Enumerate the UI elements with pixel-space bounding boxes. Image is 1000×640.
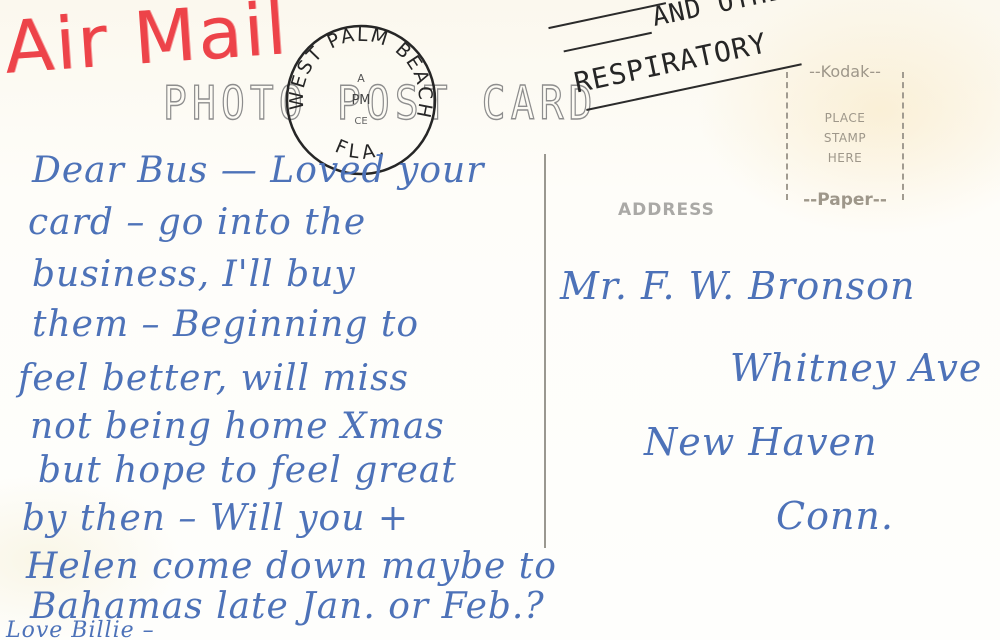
recipient-city: New Haven <box>644 420 878 464</box>
postmark-center-line-3: CE <box>354 116 367 127</box>
postmark-center-line-2: PM <box>351 93 370 108</box>
message-line: Dear Bus — Loved your <box>32 150 484 191</box>
message-line: feel better, will miss <box>18 358 409 399</box>
center-divider <box>544 154 546 548</box>
cancel-line <box>564 32 652 53</box>
slogan-line-2: RESPIRATORY <box>571 26 770 99</box>
message-line: them – Beginning to <box>32 304 419 345</box>
message-line: card – go into the <box>28 202 366 243</box>
recipient-street: Whitney Ave <box>730 346 982 390</box>
stamp-line-place: PLACE <box>786 108 904 128</box>
message-line: but hope to feel great <box>38 450 457 491</box>
stamp-line-stamp: STAMP <box>786 128 904 148</box>
message-line: Helen come down maybe to <box>26 546 557 587</box>
signature: Love Billie – <box>6 618 155 640</box>
address-label: ADDRESS <box>618 200 715 220</box>
postmark-center-line-1: A <box>357 72 365 85</box>
recipient-state: Conn. <box>776 494 894 538</box>
stamp-box-brand-top: --Kodak-- <box>786 62 904 81</box>
postcard-back: Air Mail PHOTO POST CARD WEST PALM BEACH… <box>0 0 1000 640</box>
slogan-line-1: AND OTHER <box>650 0 803 33</box>
stamp-box-instructions: PLACE STAMP HERE <box>786 108 904 168</box>
stamp-line-here: HERE <box>786 148 904 168</box>
stamp-box-brand-bottom: --Paper-- <box>786 190 904 210</box>
message-line: by then – Will you + <box>22 498 409 539</box>
recipient-name: Mr. F. W. Bronson <box>560 264 916 308</box>
message-line: not being home Xmas <box>30 406 445 447</box>
cancel-line <box>548 2 666 29</box>
message-line: business, I'll buy <box>32 254 356 295</box>
